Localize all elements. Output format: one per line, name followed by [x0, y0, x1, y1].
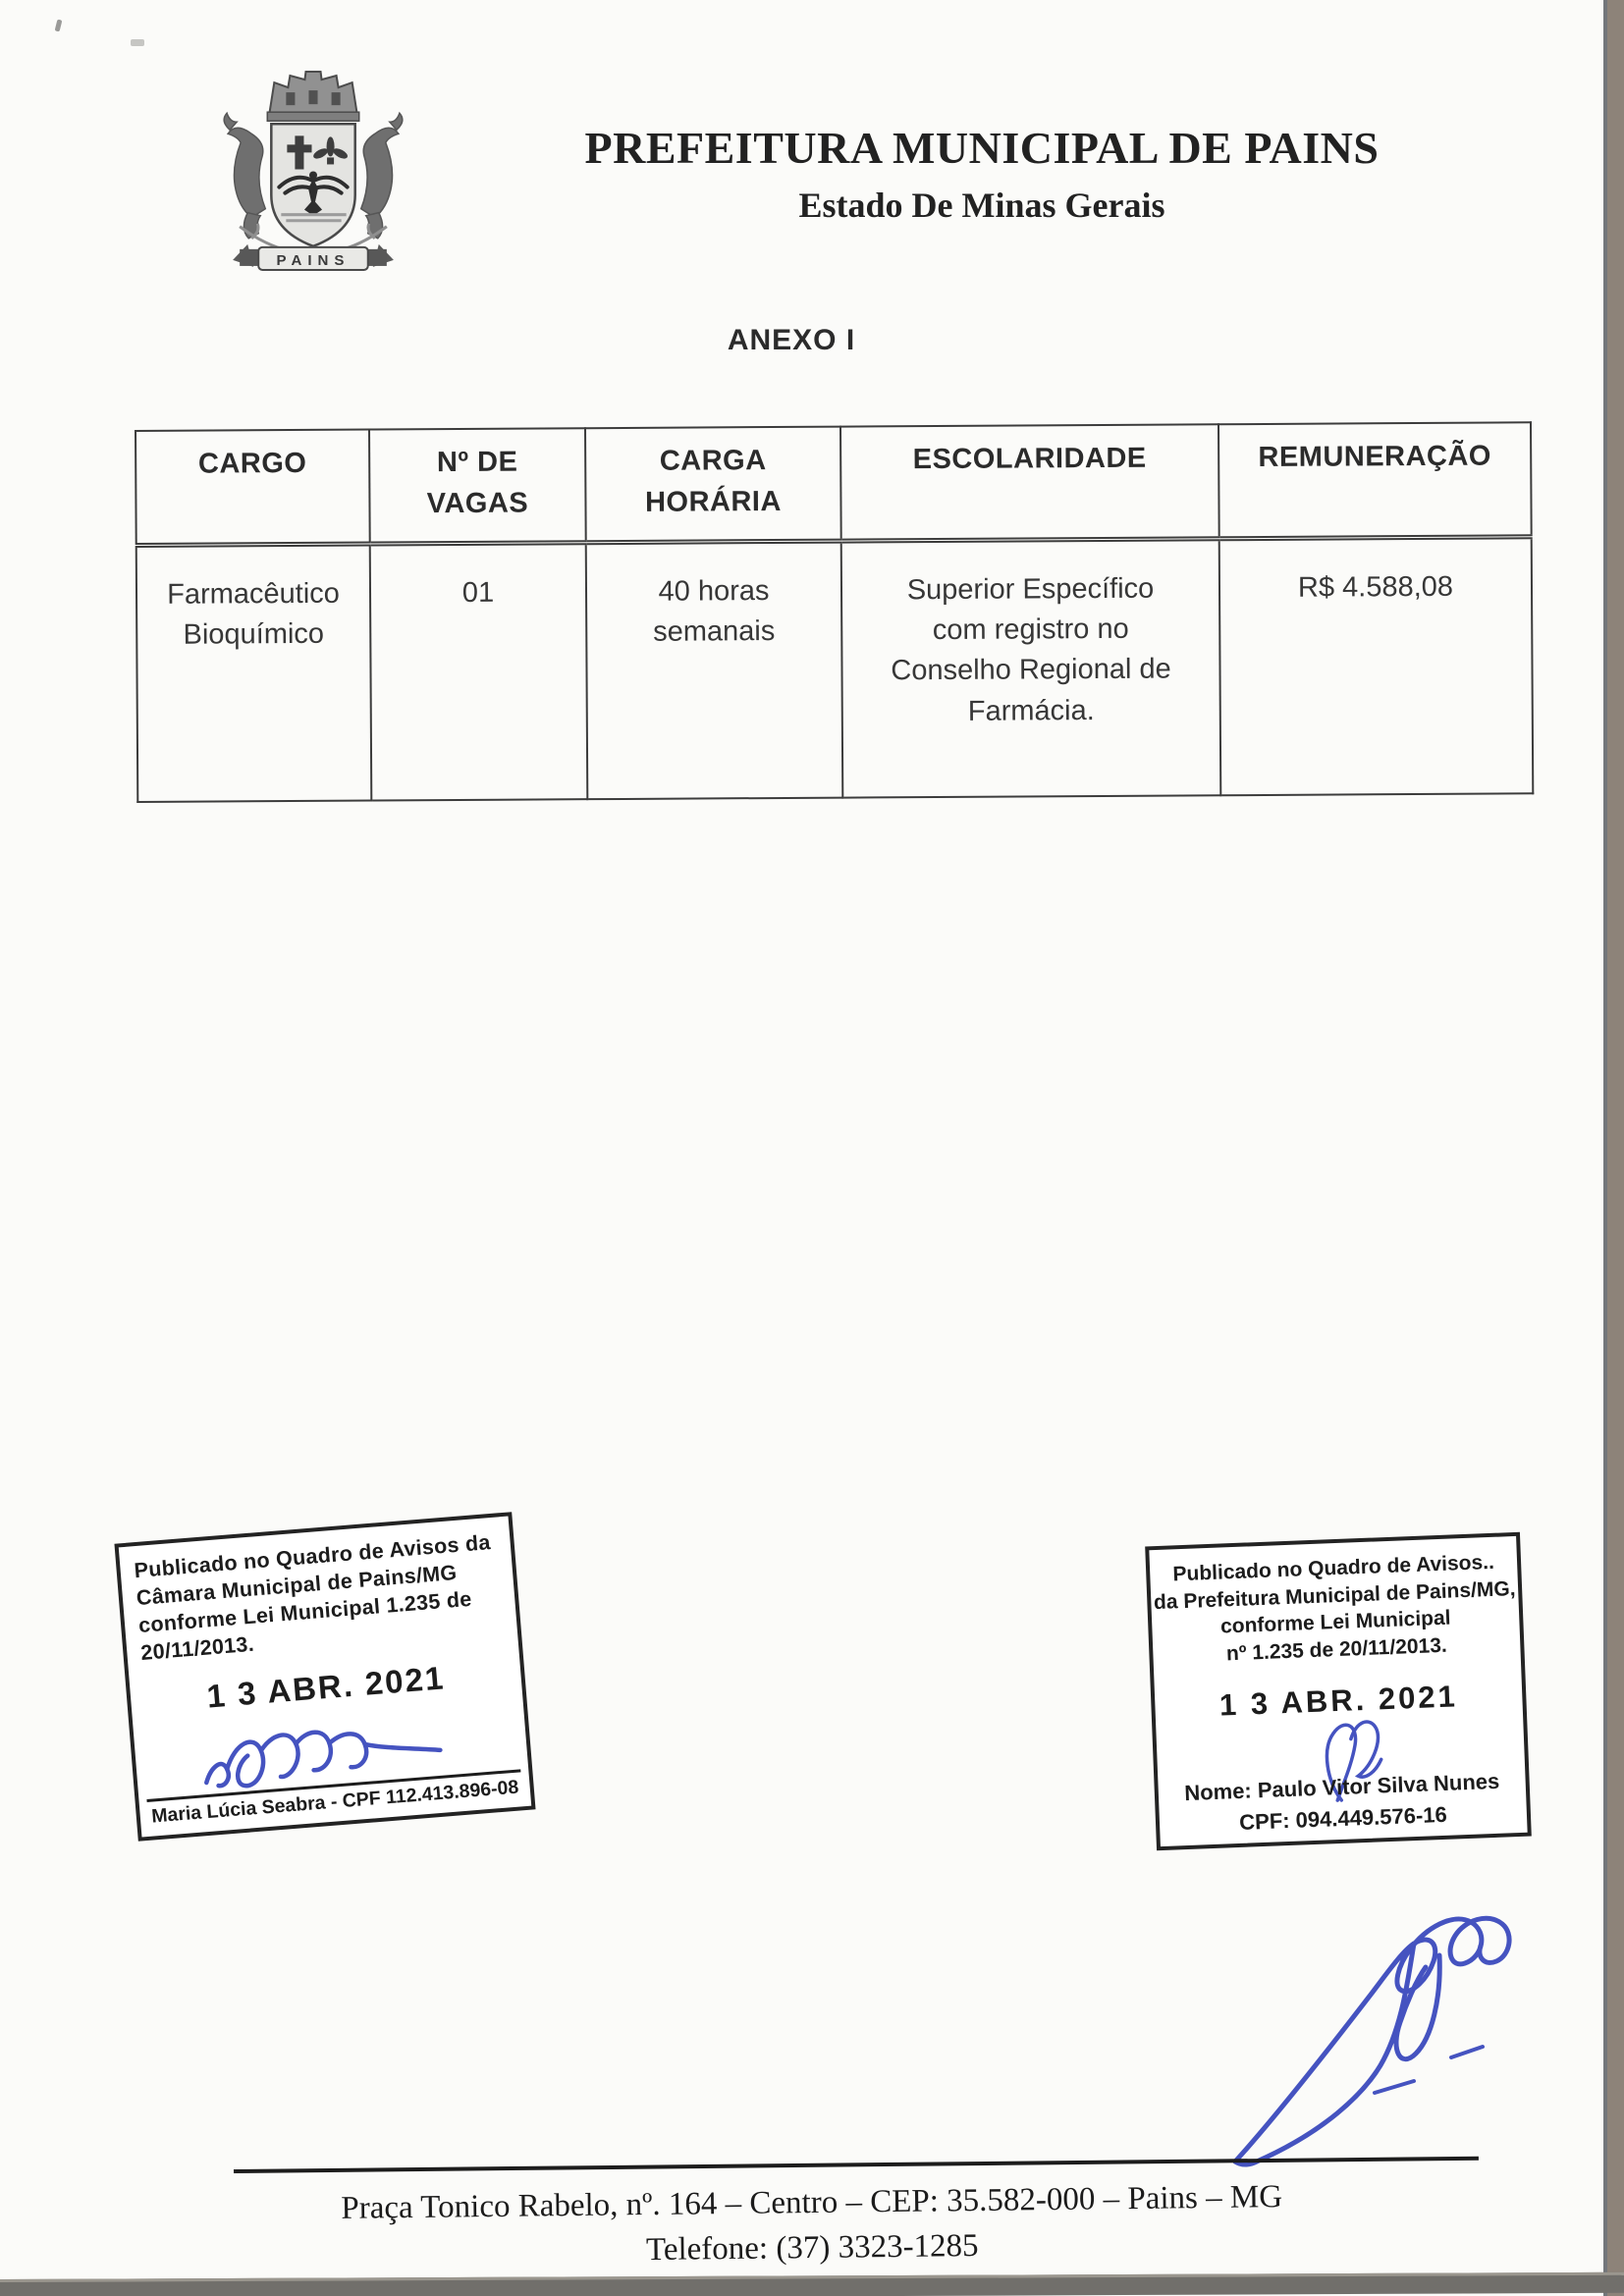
signature-flourish	[1206, 1861, 1520, 2175]
column-header-cargo: CARGO	[135, 430, 370, 546]
scan-speck	[131, 39, 144, 46]
column-header-escolaridade: ESCOLARIDADE	[840, 424, 1219, 541]
column-header-carga-horaria: CARGA HORÁRIA	[585, 427, 841, 543]
cell-escolaridade: Superior Específico com registro no Cons…	[841, 539, 1221, 798]
stamp-text: Publicado no Quadro de Avisos.. da Prefe…	[1149, 1536, 1520, 1671]
emblem-banner-text: PAINS	[276, 252, 350, 269]
positions-table: CARGO Nº DE VAGAS CARGA HORÁRIA ESCOLARI…	[135, 421, 1534, 803]
cell-remuneracao: R$ 4.588,08	[1219, 537, 1534, 795]
scan-speck	[55, 20, 63, 32]
section-title: ANEXO I	[0, 324, 1583, 357]
municipal-coat-of-arms-icon: PAINS	[212, 69, 414, 281]
cell-cargo: Farmacêutico Bioquímico	[136, 544, 372, 802]
scan-edge-right	[1603, 0, 1624, 2296]
document-header: PREFEITURA MUNICIPAL DE PAINS Estado De …	[393, 124, 1571, 225]
cell-vagas: 01	[370, 543, 588, 801]
page-subtitle: Estado De Minas Gerais	[393, 187, 1571, 226]
cell-carga-horaria: 40 horas semanais	[586, 541, 843, 799]
publication-stamp-camara: Publicado no Quadro de Avisos da Câmara …	[114, 1512, 535, 1842]
column-header-remuneracao: REMUNERAÇÃO	[1218, 422, 1532, 538]
publication-stamp-prefeitura: Publicado no Quadro de Avisos.. da Prefe…	[1145, 1532, 1532, 1850]
document-footer: Praça Tonico Rabelo, nº. 164 – Centro – …	[99, 2172, 1524, 2279]
table-row: Farmacêutico Bioquímico 01 40 horas sema…	[136, 537, 1534, 802]
stamp-text: Publicado no Quadro de Avisos da Câmara …	[119, 1517, 518, 1669]
page-title: PREFEITURA MUNICIPAL DE PAINS	[393, 124, 1571, 174]
scanned-document-page: PAINS PREFEITURA MUNICIPAL DE PAINS Esta…	[0, 0, 1624, 2296]
column-header-vagas: Nº DE VAGAS	[369, 428, 586, 544]
table-header-row: CARGO Nº DE VAGAS CARGA HORÁRIA ESCOLARI…	[135, 422, 1532, 545]
